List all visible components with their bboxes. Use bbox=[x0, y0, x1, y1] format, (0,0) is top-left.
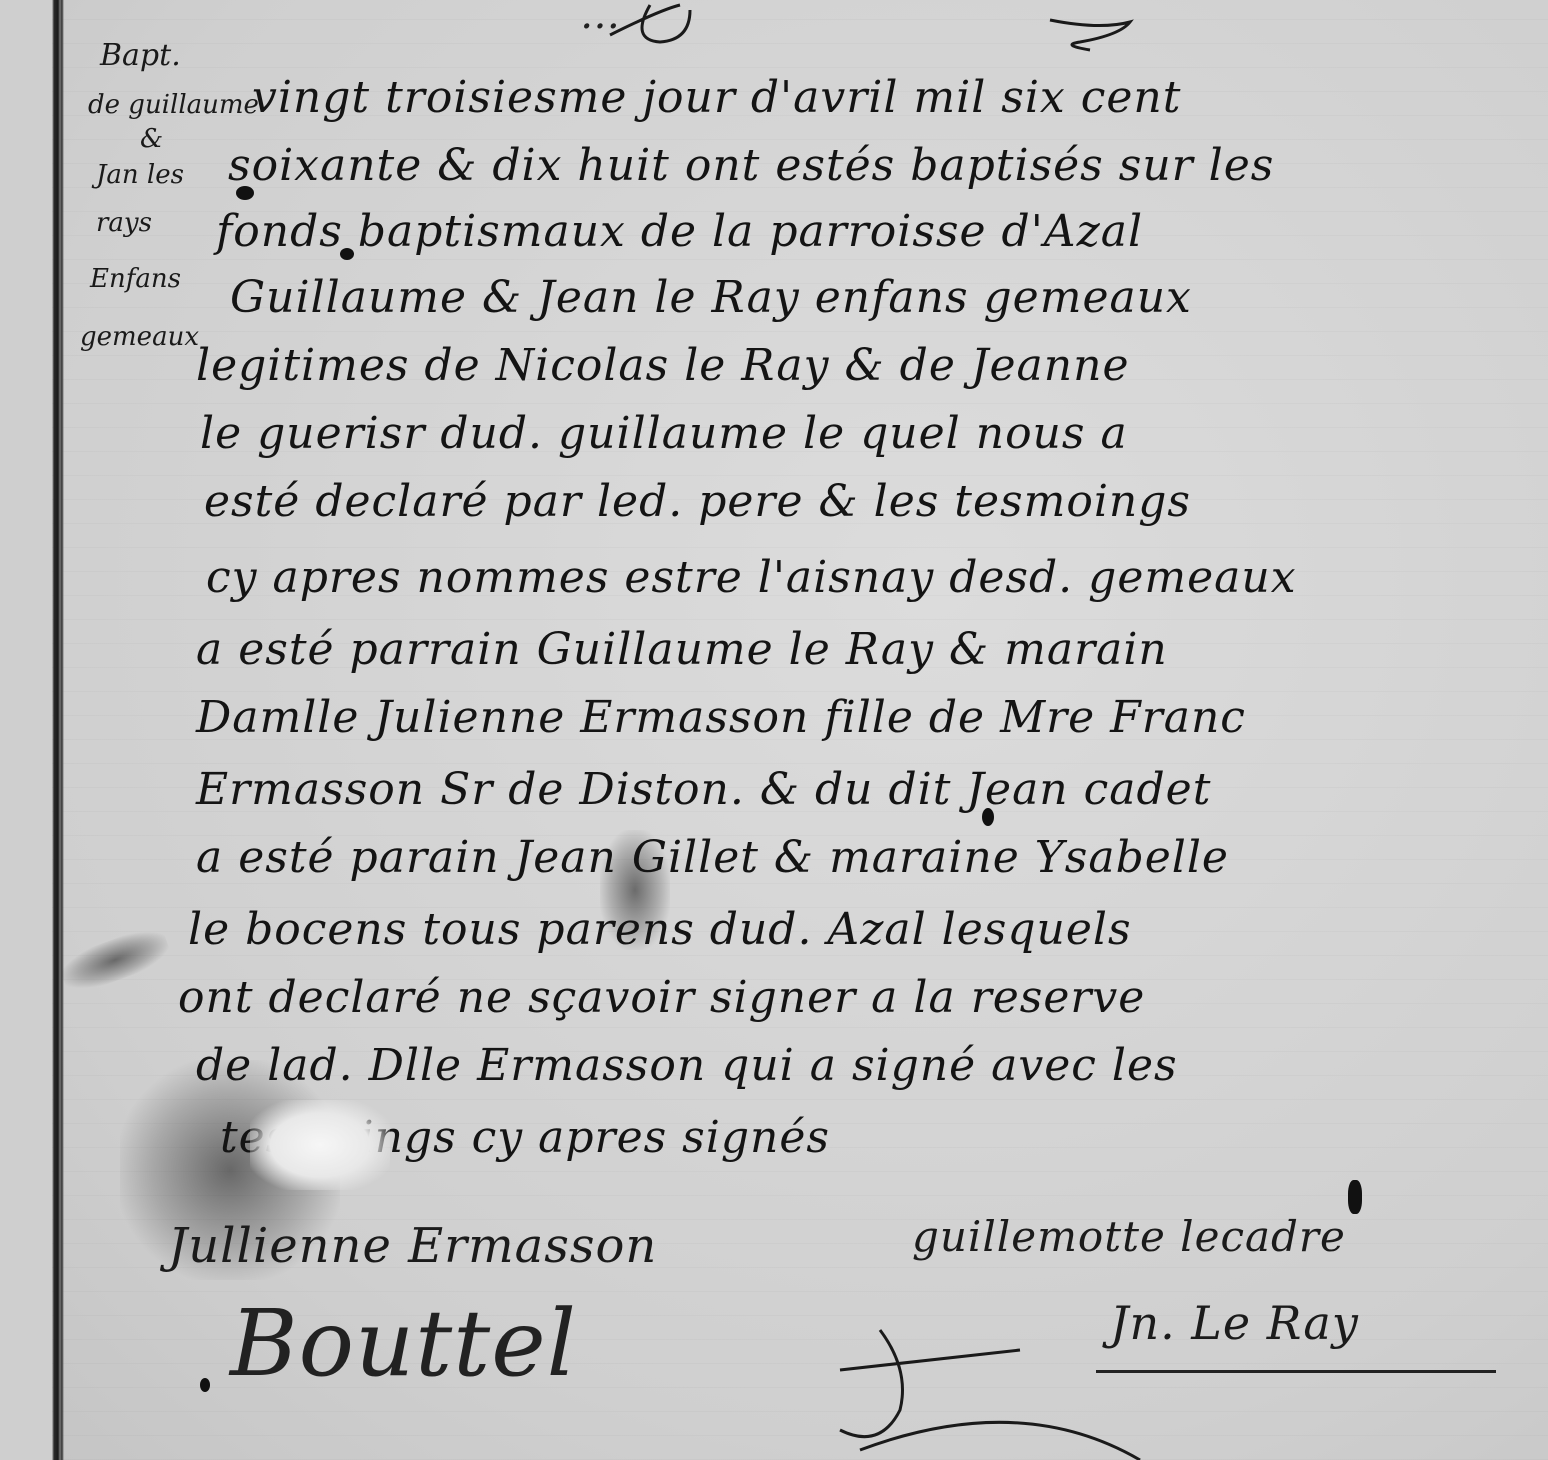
margin-note-line: & bbox=[140, 124, 163, 154]
body-line: vingt troisiesme jour d'avril mil six ce… bbox=[252, 72, 1181, 123]
ink-blot bbox=[340, 248, 354, 260]
header-flourish bbox=[580, 0, 1140, 60]
signature-witness: guillemotte lecadre bbox=[912, 1212, 1346, 1261]
margin-note-line: Enfans bbox=[90, 264, 181, 294]
body-line: Ermasson Sr de Diston. & du dit Jean cad… bbox=[196, 764, 1211, 815]
signature-godmother: Jullienne Ermasson bbox=[168, 1218, 657, 1274]
body-line: Guillaume & Jean le Ray enfans gemeaux bbox=[230, 272, 1192, 323]
ink-smudge bbox=[600, 830, 670, 950]
body-line: soixante & dix huit ont estés baptisés s… bbox=[228, 140, 1274, 191]
body-line: legitimes de Nicolas le Ray & de Jeanne bbox=[196, 340, 1129, 391]
body-line: le guerisr dud. guillaume le quel nous a bbox=[200, 408, 1128, 459]
ink-blot bbox=[236, 186, 254, 200]
margin-note-line: rays bbox=[96, 208, 152, 238]
signature-flourish bbox=[820, 1310, 1240, 1460]
body-line: cy apres nommes estre l'aisnay desd. gem… bbox=[206, 552, 1297, 603]
margin-note-line: gemeaux bbox=[80, 322, 199, 352]
page-left-edge bbox=[0, 0, 52, 1460]
body-line: esté declaré par led. pere & les tesmoin… bbox=[204, 476, 1191, 527]
body-line: de lad. Dlle Ermasson qui a signé avec l… bbox=[196, 1040, 1178, 1091]
margin-rule-line bbox=[52, 0, 64, 1460]
body-line: fonds baptismaux de la parroisse d'Azal bbox=[216, 206, 1143, 257]
margin-note-line: Jan les bbox=[96, 160, 184, 190]
signature-priest: Bouttel bbox=[230, 1290, 577, 1397]
body-line: a esté parain Jean Gillet & maraine Ysab… bbox=[196, 832, 1229, 883]
margin-note-line: Bapt. bbox=[100, 38, 181, 73]
ink-blot bbox=[982, 808, 994, 826]
body-line: Damlle Julienne Ermasson fille de Mre Fr… bbox=[196, 692, 1246, 743]
margin-note-line: de guillaume bbox=[88, 90, 259, 120]
paper-damage bbox=[250, 1100, 390, 1190]
ink-smudge bbox=[56, 922, 173, 997]
ink-dot bbox=[200, 1378, 210, 1392]
register-page: … Bapt. de guillaume & Jan les rays Enfa… bbox=[0, 0, 1548, 1460]
ink-blot bbox=[1348, 1180, 1362, 1214]
body-line: a esté parrain Guillaume le Ray & marain bbox=[196, 624, 1168, 675]
body-line: ont declaré ne sçavoir signer a la reser… bbox=[178, 972, 1145, 1023]
